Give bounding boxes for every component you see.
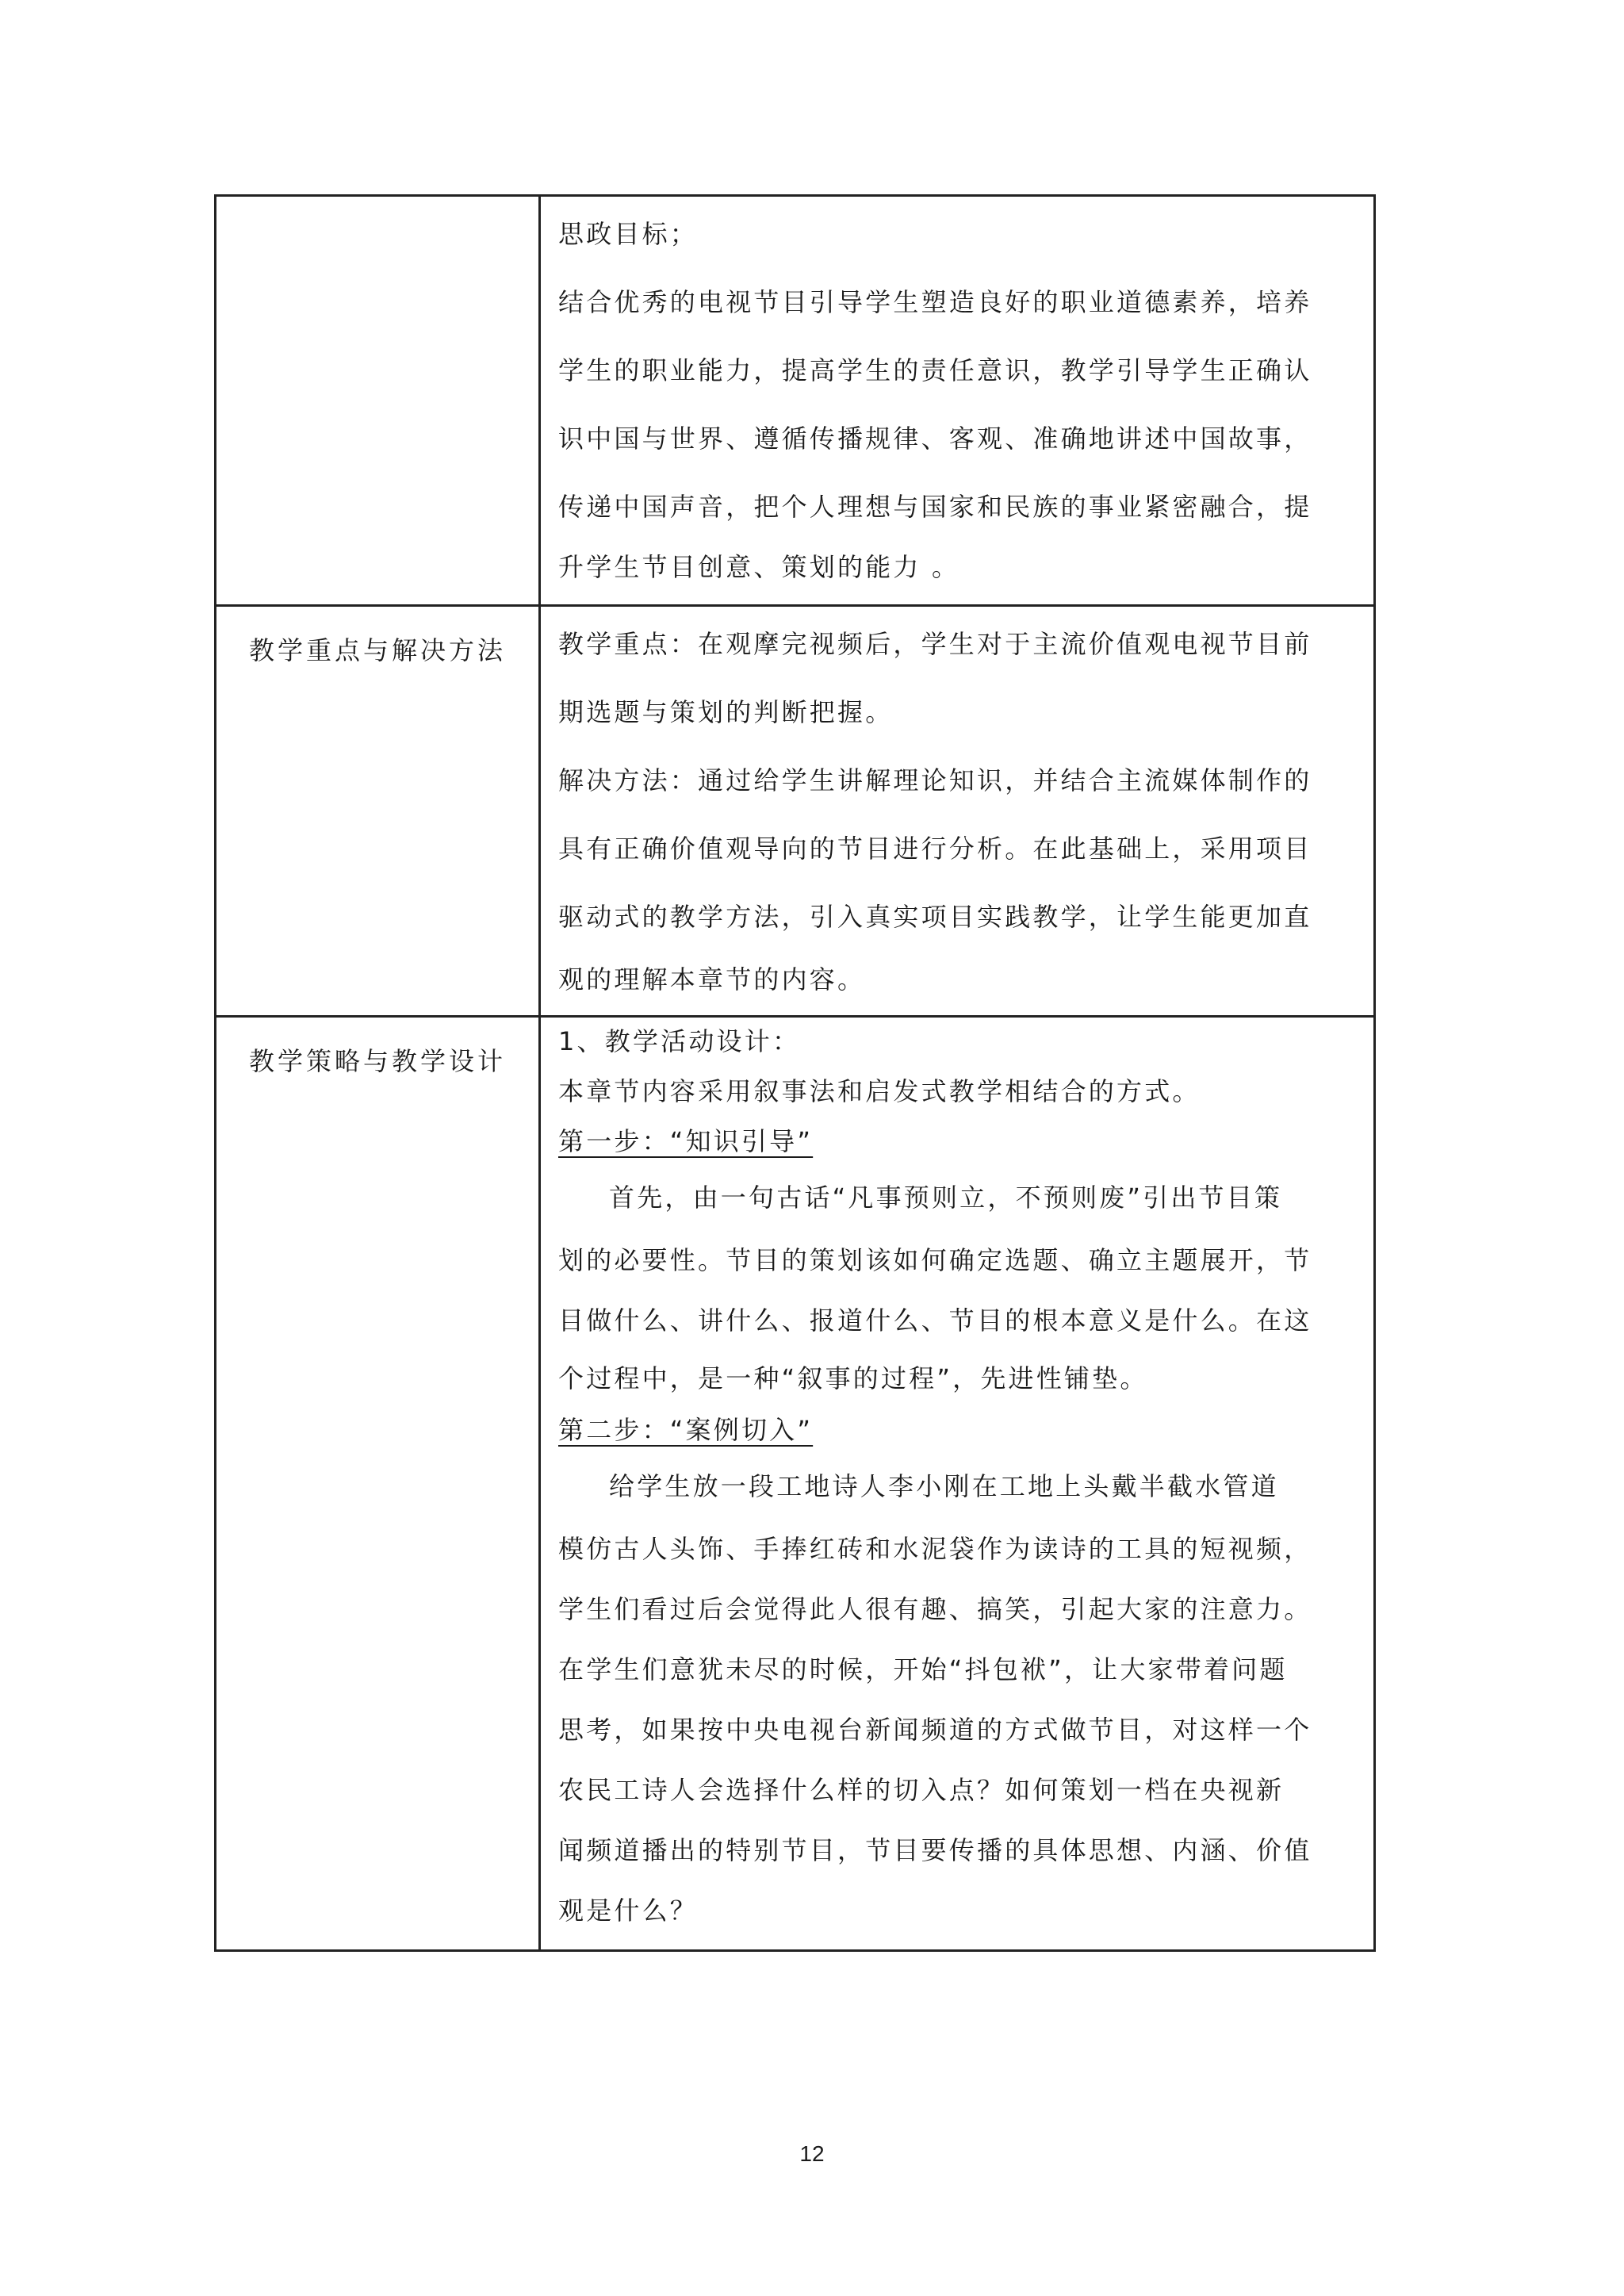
text-line: 在学生们意犹未尽的时候，开始“抖包袱”，让大家带着问题 — [558, 1639, 1362, 1700]
text-line: 首先，由一句古话“凡事预则立，不预则废”引出节目策 — [558, 1165, 1362, 1230]
text-line: 识中国与世界、遵循传播规律、客观、准确地讲述中国故事， — [558, 404, 1362, 473]
step2-title: 第二步：“案例切入” — [558, 1406, 1362, 1454]
text-line: 解决方法：通过给学生讲解理论知识，并结合主流媒体制作的 — [558, 746, 1362, 815]
text-line: 模仿古人头饰、手捧红砖和水泥袋作为读诗的工具的短视频， — [558, 1519, 1362, 1579]
text-line: 个过程中，是一种“叙事的过程”，先进性铺垫。 — [558, 1351, 1362, 1406]
text-line: 驱动式的教学方法，引入真实项目实践教学，让学生能更加直 — [558, 883, 1362, 951]
text-line: 学生的职业能力，提高学生的责任意识，教学引导学生正确认 — [558, 336, 1362, 404]
document-page: 思政目标； 结合优秀的电视节目引导学生塑造良好的职业道德素养，培养 学生的职业能… — [0, 0, 1624, 2296]
text-line: 结合优秀的电视节目引导学生塑造良好的职业道德素养，培养 — [558, 268, 1362, 336]
text-line: 教学重点：在观摩完视频后，学生对于主流价值观电视节目前 — [558, 610, 1362, 678]
text-line: 观是什么？ — [558, 1880, 1362, 1941]
row-content-cell: 1、教学活动设计： 本章节内容采用叙事法和启发式教学相结合的方式。 第一步：“知… — [540, 1017, 1375, 1951]
text-line: 升学生节目创意、策划的能力 。 — [558, 541, 1362, 593]
table-row-teaching-strategy: 教学策略与教学设计 1、教学活动设计： 本章节内容采用叙事法和启发式教学相结合的… — [216, 1017, 1375, 1951]
lesson-plan-table: 思政目标； 结合优秀的电视节目引导学生塑造良好的职业道德素养，培养 学生的职业能… — [214, 194, 1376, 1952]
text-line: 思考，如果按中央电视台新闻频道的方式做节目，对这样一个 — [558, 1700, 1362, 1760]
section-title: 1、教学活动设计： — [558, 1018, 1362, 1065]
row-label-cell: 教学重点与解决方法 — [216, 606, 540, 1017]
text-line: 期选题与策划的判断把握。 — [558, 678, 1362, 746]
text-line: 给学生放一段工地诗人李小刚在工地上头戴半截水管道 — [558, 1454, 1362, 1519]
text-line: 目做什么、讲什么、报道什么、节目的根本意义是什么。在这 — [558, 1290, 1362, 1351]
row-label: 教学重点与解决方法 — [216, 607, 538, 670]
step1-title: 第一步：“知识引导” — [558, 1117, 1362, 1165]
row-label-cell — [216, 196, 540, 606]
page-number: 12 — [0, 2141, 1624, 2167]
row-label: 教学策略与教学设计 — [216, 1018, 538, 1081]
text-line: 闻频道播出的特别节目，节目要传播的具体思想、内涵、价值 — [558, 1820, 1362, 1880]
text-line: 农民工诗人会选择什么样的切入点？如何策划一档在央视新 — [558, 1760, 1362, 1820]
section-heading: 思政目标； — [558, 200, 1362, 268]
intro-text: 本章节内容采用叙事法和启发式教学相结合的方式。 — [558, 1065, 1362, 1117]
text-line: 具有正确价值观导向的节目进行分析。在此基础上，采用项目 — [558, 815, 1362, 883]
row-content-cell: 教学重点：在观摩完视频后，学生对于主流价值观电视节目前 期选题与策划的判断把握。… — [540, 606, 1375, 1017]
table-row-key-points: 教学重点与解决方法 教学重点：在观摩完视频后，学生对于主流价值观电视节目前 期选… — [216, 606, 1375, 1017]
text-line: 划的必要性。节目的策划该如何确定选题、确立主题展开，节 — [558, 1230, 1362, 1290]
table-row-ideological-goals: 思政目标； 结合优秀的电视节目引导学生塑造良好的职业道德素养，培养 学生的职业能… — [216, 196, 1375, 606]
row-content-cell: 思政目标； 结合优秀的电视节目引导学生塑造良好的职业道德素养，培养 学生的职业能… — [540, 196, 1375, 606]
text-line: 学生们看过后会觉得此人很有趣、搞笑，引起大家的注意力。 — [558, 1579, 1362, 1639]
text-line: 传递中国声音，把个人理想与国家和民族的事业紧密融合，提 — [558, 473, 1362, 541]
row-label-cell: 教学策略与教学设计 — [216, 1017, 540, 1951]
text-line: 观的理解本章节的内容。 — [558, 951, 1362, 1008]
